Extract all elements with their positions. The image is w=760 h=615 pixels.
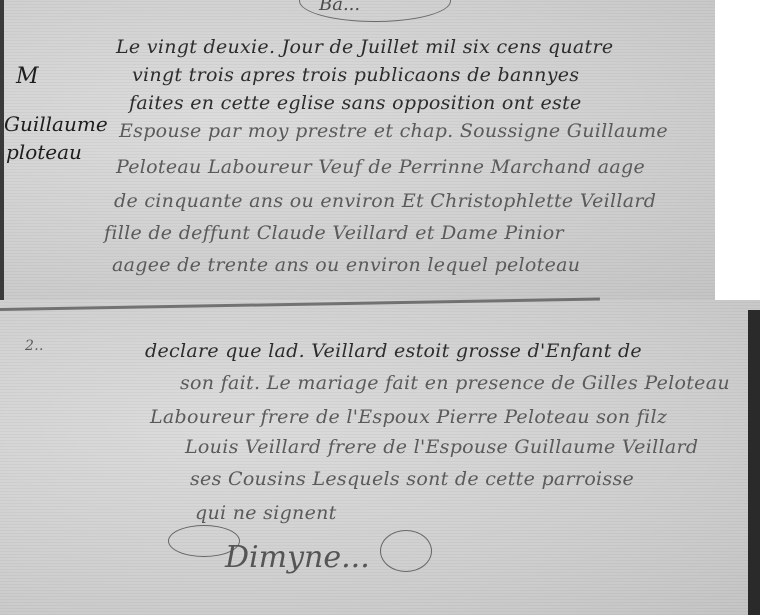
record-line-11: Laboureur frere de l'Espoux Pierre Pelot… xyxy=(150,406,667,428)
margin-note-first-name: Guillaume xyxy=(4,112,108,136)
record-line-14: qui ne signent xyxy=(195,502,337,524)
margin-mark: 2.. xyxy=(25,338,44,354)
record-line-13: ses Cousins Lesquels sont de cette parro… xyxy=(190,468,634,490)
page-fold-line xyxy=(0,298,600,311)
record-header: Ba... xyxy=(319,0,360,15)
record-line-8: aagee de trente ans ou environ lequel pe… xyxy=(112,254,580,276)
record-line-5: Peloteau Laboureur Veuf de Perrinne Marc… xyxy=(116,156,645,178)
record-line-2: vingt trois apres trois publicaons de ba… xyxy=(132,64,579,86)
record-line-1: Le vingt deuxie. Jour de Juillet mil six… xyxy=(116,36,613,58)
record-line-9: declare que lad. Veillard estoit grosse … xyxy=(145,340,642,362)
signature-paraph xyxy=(380,530,432,572)
signature: Dimyne... xyxy=(225,540,370,575)
margin-note-initial: M xyxy=(16,64,39,89)
document-fragment-bottom: 2.. declare que lad. Veillard estoit gro… xyxy=(0,300,760,615)
document-fragment-top: Ba... M Guillaume ploteau Le vingt deuxi… xyxy=(0,0,715,302)
record-line-6: de cinquante ans ou environ Et Christoph… xyxy=(114,190,656,212)
page-binding-edge xyxy=(748,310,760,615)
margin-note-surname: ploteau xyxy=(6,140,82,164)
record-line-12: Louis Veillard frere de l'Espouse Guilla… xyxy=(185,436,698,458)
record-line-3: faites en cette eglise sans opposition o… xyxy=(129,92,582,114)
record-line-7: fille de deffunt Claude Veillard et Dame… xyxy=(104,222,564,244)
record-line-4: Espouse par moy prestre et chap. Soussig… xyxy=(119,120,668,142)
record-line-10: son fait. Le mariage fait en presence de… xyxy=(180,372,730,394)
